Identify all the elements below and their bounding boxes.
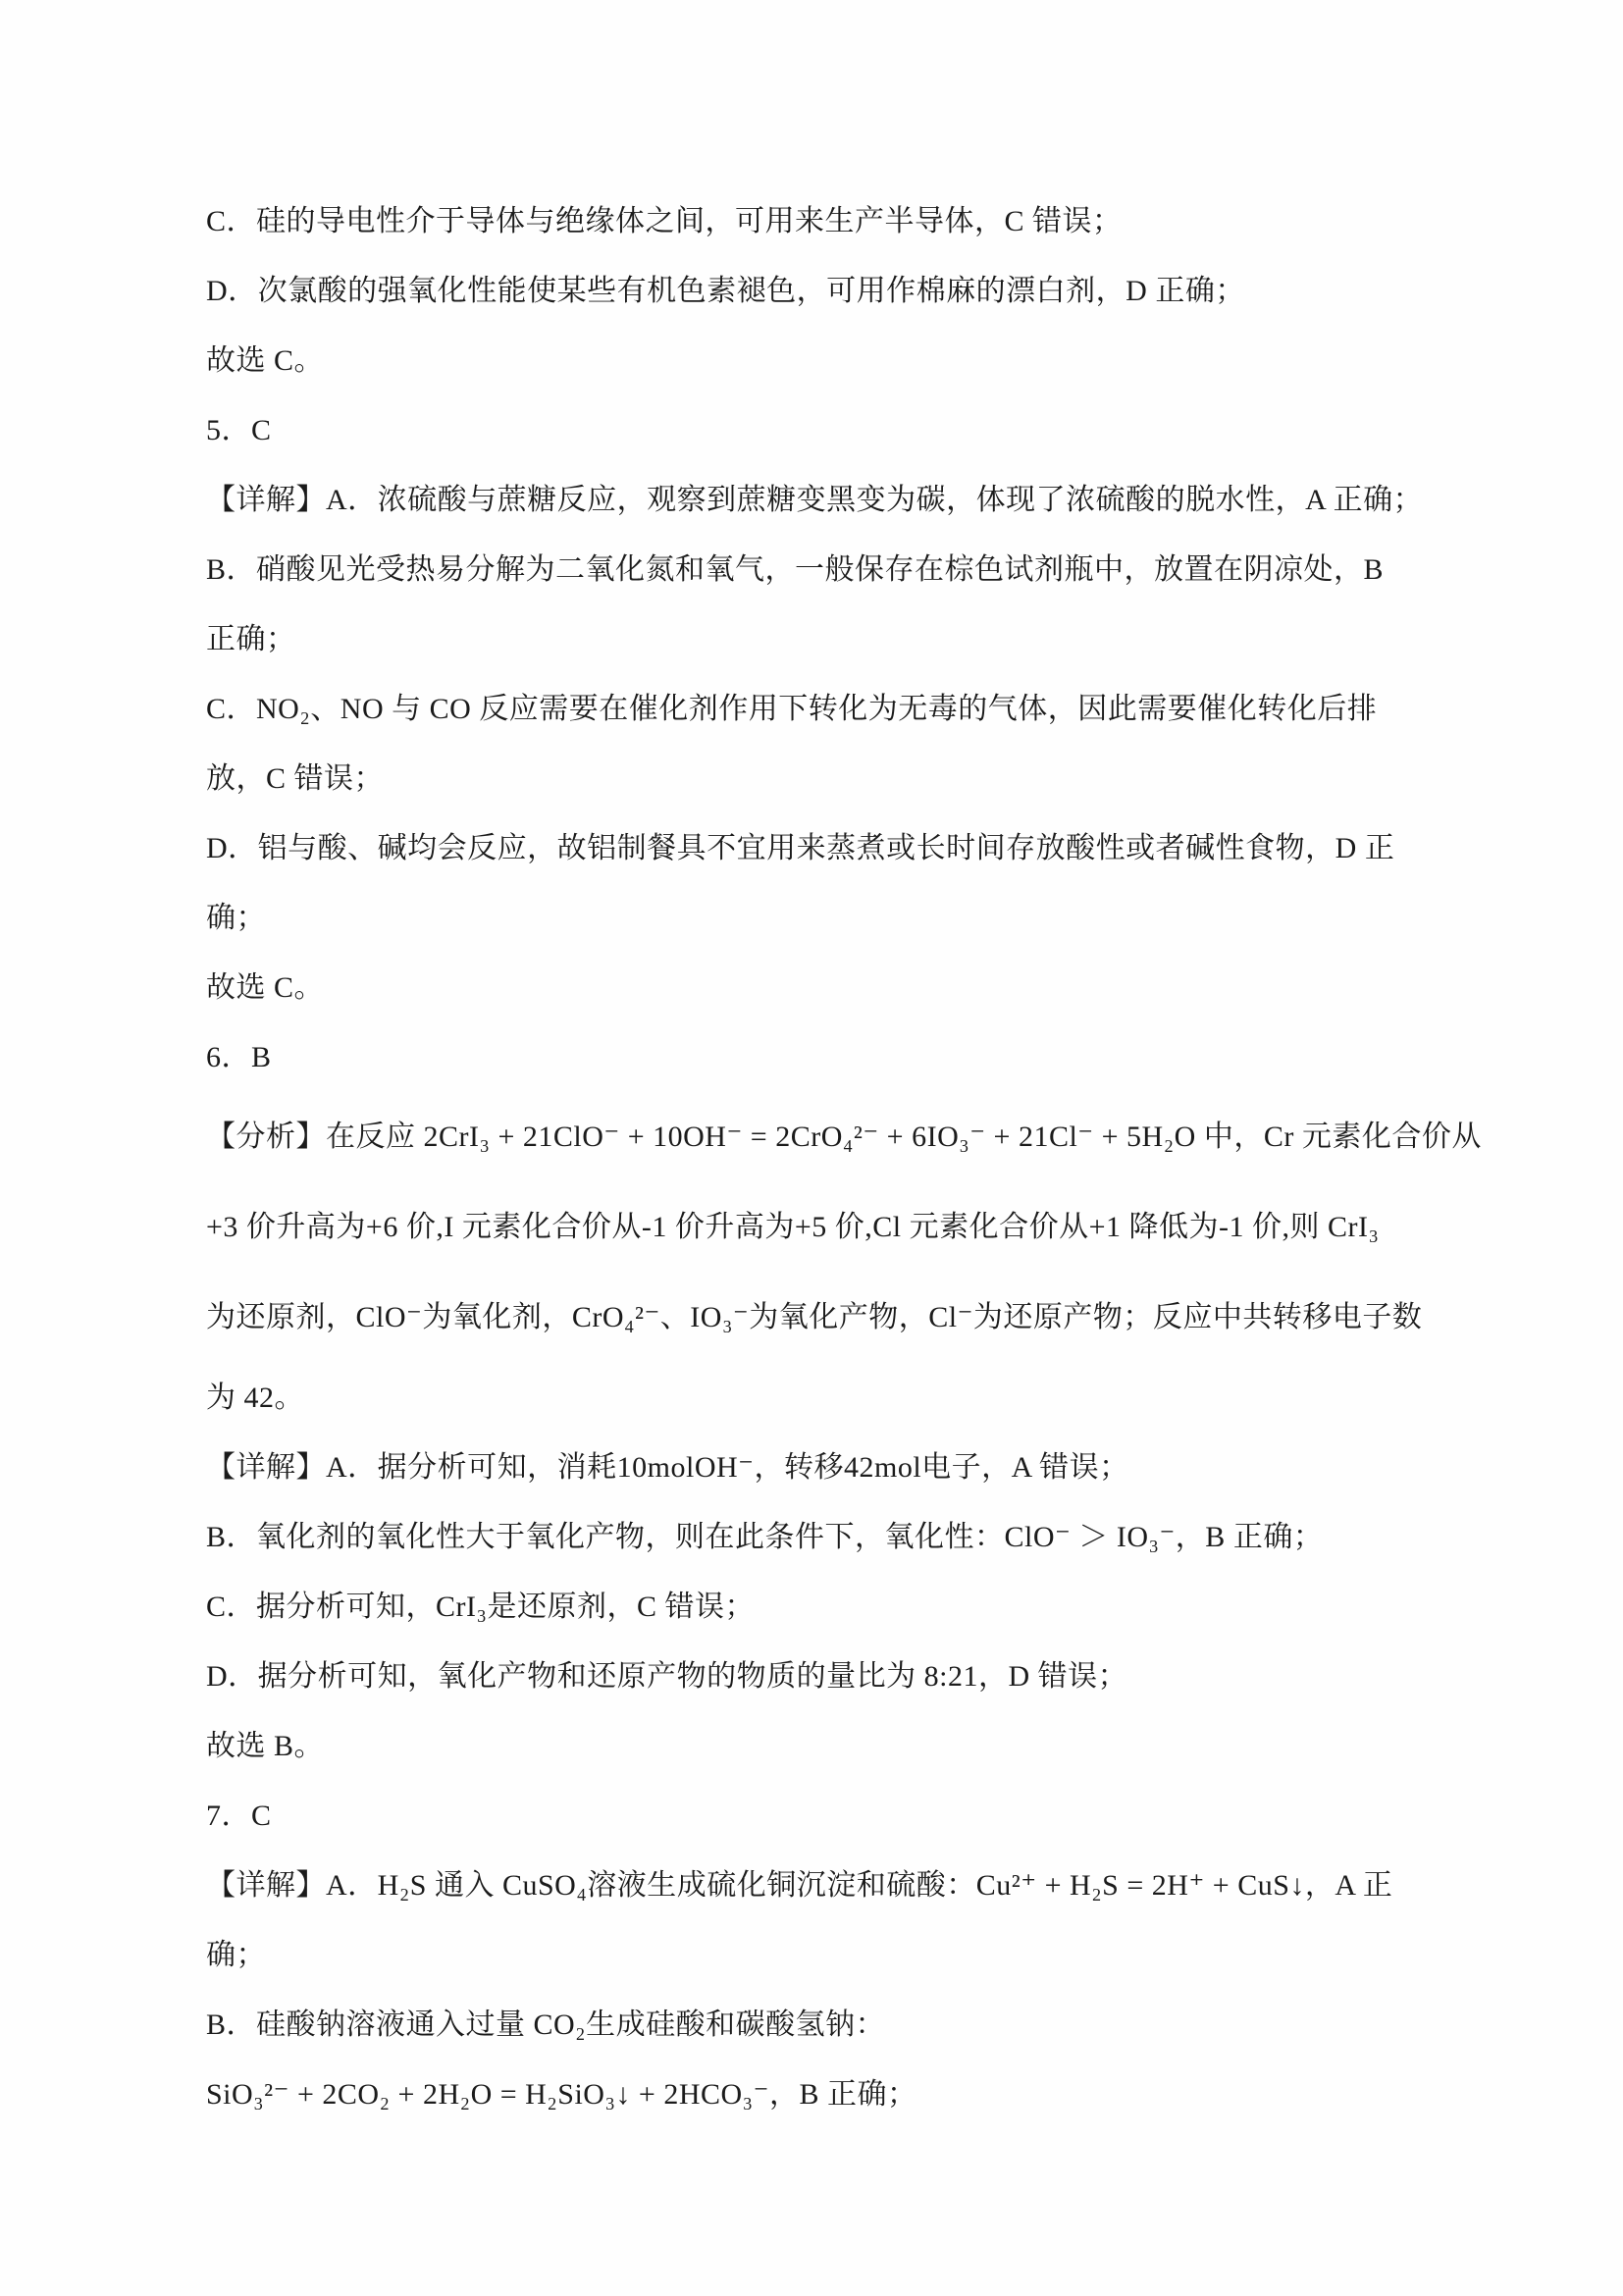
text-line: 放，C 错误； — [206, 744, 1476, 813]
text-line: 【分析】在反应 2CrI₃ + 21ClO⁻ + 10OH⁻ = 2CrO₄²⁻… — [206, 1092, 1476, 1182]
text-line: D．次氯酸的强氧化性能使某些有机色素褪色，可用作棉麻的漂白剂，D 正确； — [206, 256, 1476, 326]
text-line: 为 42。 — [206, 1363, 1476, 1433]
text-line: 7．C — [206, 1781, 1476, 1851]
text-line: B．硅酸钠溶液通入过量 CO₂生成硅酸和碳酸氢钠： — [206, 1990, 1476, 2060]
text-line: 故选 C。 — [206, 953, 1476, 1022]
text-line: SiO₃²⁻ + 2CO₂ + 2H₂O = H₂SiO₃↓ + 2HCO₃⁻，… — [206, 2060, 1476, 2129]
text-line: 6．B — [206, 1022, 1476, 1092]
text-line: 正确； — [206, 604, 1476, 674]
text-line: +3 价升高为+6 价,I 元素化合价从-1 价升高为+5 价,Cl 元素化合价… — [206, 1182, 1476, 1273]
text-line: B．硝酸见光受热易分解为二氧化氮和氧气，一般保存在棕色试剂瓶中，放置在阴凉处，B — [206, 535, 1476, 604]
text-line: C．硅的导电性介于导体与绝缘体之间，可用来生产半导体，C 错误； — [206, 186, 1476, 256]
text-line: 确； — [206, 883, 1476, 953]
text-line: D．据分析可知，氧化产物和还原产物的物质的量比为 8:21，D 错误； — [206, 1642, 1476, 1711]
text-line: C．NO₂、NO 与 CO 反应需要在催化剂作用下转化为无毒的气体，因此需要催化… — [206, 674, 1476, 744]
document-page: C．硅的导电性介于导体与绝缘体之间，可用来生产半导体，C 错误；D．次氯酸的强氧… — [0, 0, 1623, 2296]
text-line: D．铝与酸、碱均会反应，故铝制餐具不宜用来蒸煮或长时间存放酸性或者碱性食物，D … — [206, 813, 1476, 883]
text-line: 【详解】A．H₂S 通入 CuSO₄溶液生成硫化铜沉淀和硫酸：Cu²⁺ + H₂… — [206, 1851, 1476, 1920]
text-line: 5．C — [206, 395, 1476, 465]
text-line: 故选 B。 — [206, 1711, 1476, 1781]
text-line: 确； — [206, 1920, 1476, 1990]
text-line: 故选 C。 — [206, 326, 1476, 395]
text-line: 为还原剂，ClO⁻为氧化剂，CrO₄²⁻、IO₃⁻为氧化产物，Cl⁻为还原产物；… — [206, 1273, 1476, 1363]
text-line: B．氧化剂的氧化性大于氧化产物，则在此条件下，氧化性：ClO⁻ ＞ IO₃⁻，B… — [206, 1502, 1476, 1572]
text-lines-container: C．硅的导电性介于导体与绝缘体之间，可用来生产半导体，C 错误；D．次氯酸的强氧… — [206, 186, 1476, 2129]
text-line: C．据分析可知，CrI₃是还原剂，C 错误； — [206, 1572, 1476, 1642]
text-line: 【详解】A．浓硫酸与蔗糖反应，观察到蔗糖变黑变为碳，体现了浓硫酸的脱水性，A 正… — [206, 465, 1476, 535]
text-line: 【详解】A．据分析可知，消耗10molOH⁻，转移42mol电子，A 错误； — [206, 1433, 1476, 1502]
